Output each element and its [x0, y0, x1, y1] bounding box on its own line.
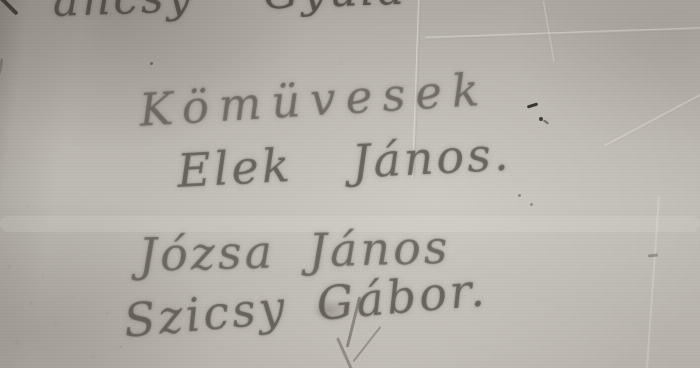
document-photo: ancsy Gyula Kömüvesek Elek János. Józsa …: [0, 0, 700, 368]
ink-blot-tail: [543, 119, 549, 124]
paper-crease-horizontal: [425, 27, 700, 40]
paper-speckles: [0, 0, 2, 2]
stray-pencil-dot: [150, 62, 153, 65]
paper-crease-vertical: [646, 196, 660, 368]
handwritten-line-name-cropped: ancsy Gyula: [52, 0, 408, 24]
stray-pencil-dot: [518, 194, 521, 197]
pen-stroke-edge-fragment: [0, 58, 4, 78]
ink-blot-dash: [527, 102, 538, 108]
ink-blot-dot: [539, 117, 543, 121]
stray-pencil-squiggle: [648, 253, 658, 257]
paper-crease-diagonal: [604, 91, 700, 148]
stray-pencil-dot: [530, 203, 533, 206]
pen-stroke-corner-fragment: [0, 0, 19, 16]
paper-crease-vein: [353, 326, 382, 362]
paper-crease-vertical: [543, 0, 557, 62]
paper-crease-vein: [336, 337, 355, 368]
handwritten-line-name: Elek János.: [176, 130, 512, 193]
handwritten-line-heading: Kömüvesek: [138, 67, 490, 133]
